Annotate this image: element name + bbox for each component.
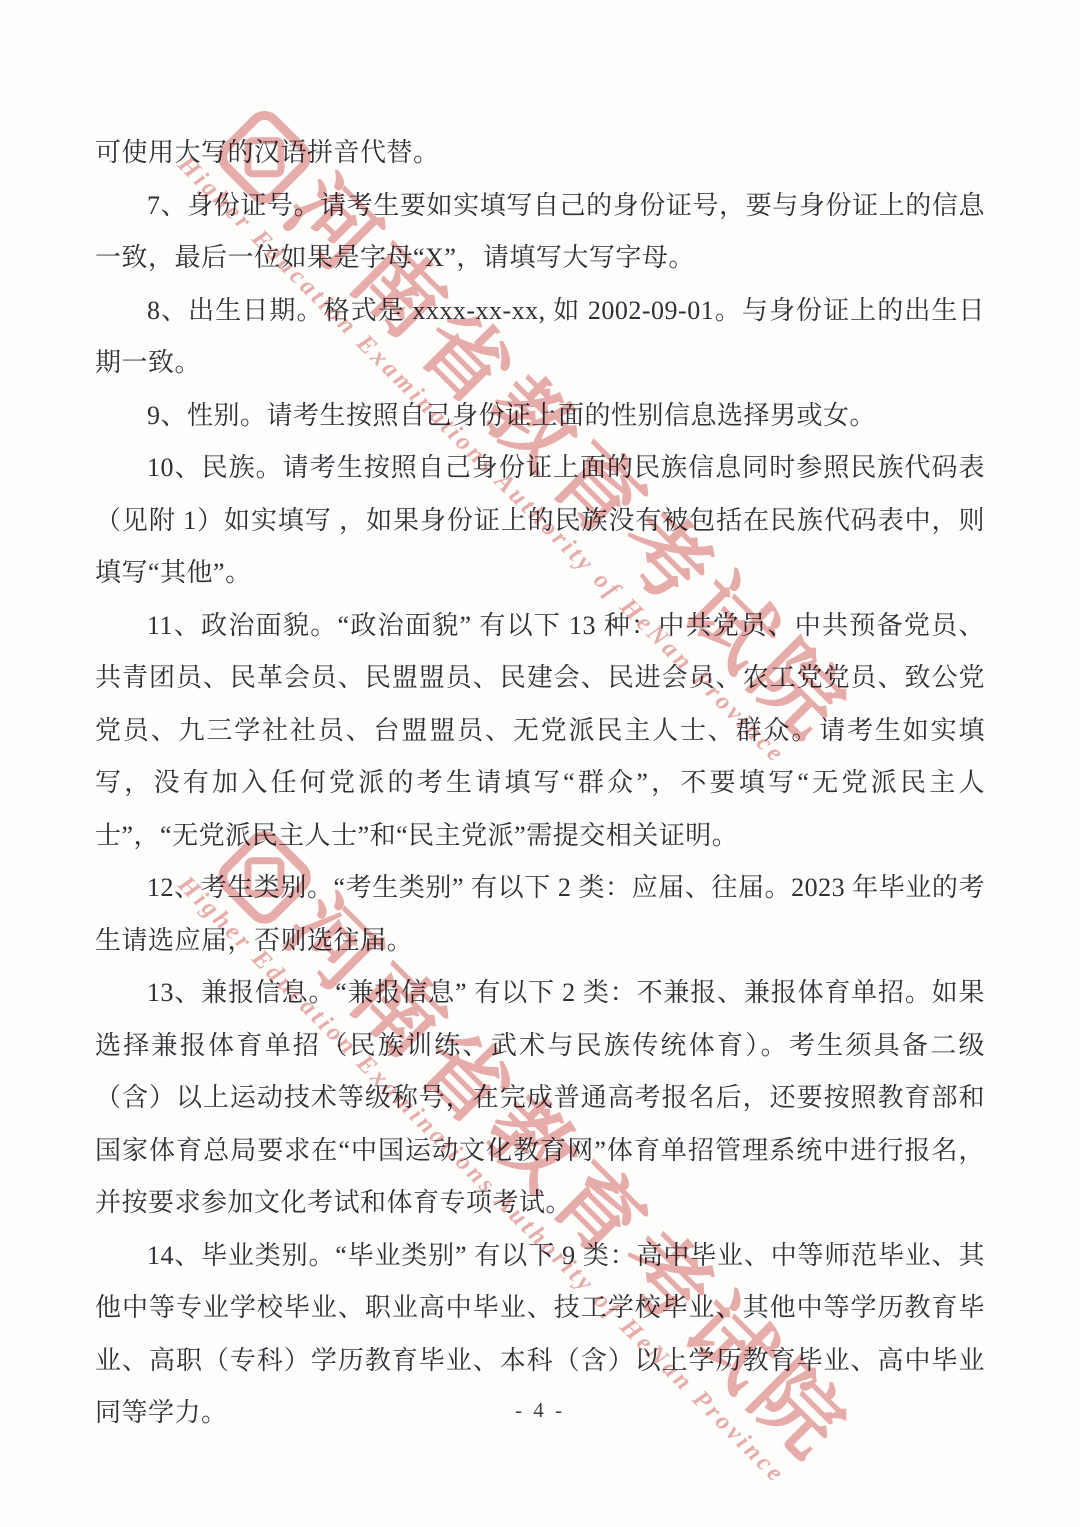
paragraph: 8、出生日期。格式是 xxxx-xx-xx, 如 2002-09-01。与身份证… (95, 285, 985, 390)
document-body: 可使用大写的汉语拼音代替。 7、身份证号。请考生要如实填写自己的身份证号，要与身… (95, 127, 985, 1440)
paragraph: 7、身份证号。请考生要如实填写自己的身份证号，要与身份证上的信息一致，最后一位如… (95, 180, 985, 285)
paragraph: 11、政治面貌。“政治面貌” 有以下 13 种：中共党员、中共预备党员、共青团员… (95, 600, 985, 863)
page-number: - 4 - (0, 1398, 1080, 1423)
paragraph: 12、考生类别。“考生类别” 有以下 2 类：应届、往届。2023 年毕业的考生… (95, 862, 985, 967)
document-page: 可使用大写的汉语拼音代替。 7、身份证号。请考生要如实填写自己的身份证号，要与身… (0, 0, 1080, 1527)
paragraph: 可使用大写的汉语拼音代替。 (95, 127, 985, 180)
paragraph: 13、兼报信息。“兼报信息” 有以下 2 类：不兼报、兼报体育单招。如果选择兼报… (95, 967, 985, 1230)
paragraph: 10、民族。请考生按照自己身份证上面的民族信息同时参照民族代码表（见附 1）如实… (95, 442, 985, 600)
paragraph: 9、性别。请考生按照自己身份证上面的性别信息选择男或女。 (95, 390, 985, 443)
